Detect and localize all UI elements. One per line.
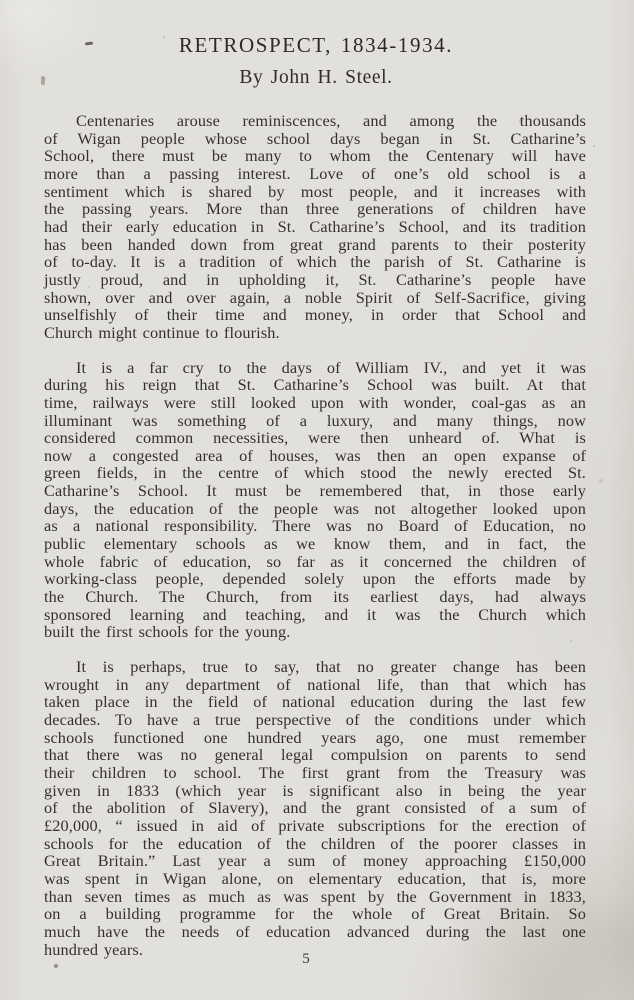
text-line: given in 1833 (which year is significant… xyxy=(44,782,586,800)
ink-smudge-mark xyxy=(41,76,46,85)
text-line: schools functioned one hundred years ago… xyxy=(44,729,586,747)
body-text: Centenaries arouse reminiscences, and am… xyxy=(44,112,586,958)
text-line: of the abolition of Slavery), and the gr… xyxy=(44,799,586,817)
paragraph: It is perhaps, true to say, that no grea… xyxy=(44,658,586,958)
text-line: justly proud, and in upholding it, St. C… xyxy=(44,271,586,289)
scanned-page: RETROSPECT, 1834-1934. By John H. Steel.… xyxy=(0,0,634,1000)
text-line: of to-day. It is a tradition of which th… xyxy=(44,253,586,271)
text-line: Catharine’s School. It must be remembere… xyxy=(44,482,586,500)
text-line: considered common necessities, were then… xyxy=(44,429,586,447)
text-line: their children to school. The first gran… xyxy=(44,764,586,782)
text-line: time, railways were still looked upon wi… xyxy=(44,394,586,412)
text-line: sponsored learning and teaching, and it … xyxy=(44,606,586,624)
text-line: the passing years. More than three gener… xyxy=(44,200,586,218)
text-line: green fields, in the centre of which sto… xyxy=(44,464,586,482)
text-line: the Church. The Church, from its earlies… xyxy=(44,588,586,606)
page-number: 5 xyxy=(36,951,576,968)
text-line: School, there must be many to whom the C… xyxy=(44,147,586,165)
text-line: during his reign that St. Catharine’s Sc… xyxy=(44,376,586,394)
text-line: as a national responsibility. There was … xyxy=(44,517,586,535)
text-line: wrought in any department of national li… xyxy=(44,676,586,694)
text-line: now a congested area of houses, was then… xyxy=(44,447,586,465)
byline: By John H. Steel. xyxy=(46,67,586,89)
text-line: shown, over and over again, a noble Spir… xyxy=(44,289,586,307)
text-line: sentiment which is shared by most people… xyxy=(44,183,586,201)
text-line: more than a passing interest. Love of on… xyxy=(44,165,586,183)
text-line: of Wigan people whose school days began … xyxy=(44,130,586,148)
text-line: public elementary schools as we know the… xyxy=(44,535,586,553)
paragraph: It is a far cry to the days of William I… xyxy=(44,359,586,642)
text-line: has been handed down from great grand pa… xyxy=(44,236,586,254)
text-line: taken place in the field of national edu… xyxy=(44,693,586,711)
text-line: much have the needs of education advance… xyxy=(44,923,586,941)
text-line: illuminant was something of a luxury, an… xyxy=(44,412,586,430)
text-line: had their early education in St. Cathari… xyxy=(44,218,586,236)
text-line: It is a far cry to the days of William I… xyxy=(44,359,586,377)
text-line: £20,000, “ issued in aid of private subs… xyxy=(44,817,586,835)
text-line: was spent in Wigan alone, on elementary … xyxy=(44,870,586,888)
text-line: that there was no general legal compulsi… xyxy=(44,746,586,764)
text-line: days, the education of the people was no… xyxy=(44,500,586,518)
paragraph: Centenaries arouse reminiscences, and am… xyxy=(44,112,586,342)
page-title: RETROSPECT, 1834-1934. xyxy=(46,33,586,58)
text-line: than seven times as much as was spent by… xyxy=(44,888,586,906)
text-line: built the first schools for the young. xyxy=(44,623,586,641)
text-line: schools for the education of the childre… xyxy=(44,835,586,853)
text-line: Church might continue to flourish. xyxy=(44,324,586,342)
text-line: working-class people, depended solely up… xyxy=(44,570,586,588)
text-line: Great Britain.” Last year a sum of money… xyxy=(44,852,586,870)
text-line: whole fabric of education, so far as it … xyxy=(44,553,586,571)
text-line: on a building programme for the whole of… xyxy=(44,905,586,923)
text-line: Centenaries arouse reminiscences, and am… xyxy=(44,112,586,130)
text-line: unselfishly of their time and money, in … xyxy=(44,306,586,324)
text-line: decades. To have a true perspective of t… xyxy=(44,711,586,729)
text-line: It is perhaps, true to say, that no grea… xyxy=(44,658,586,676)
